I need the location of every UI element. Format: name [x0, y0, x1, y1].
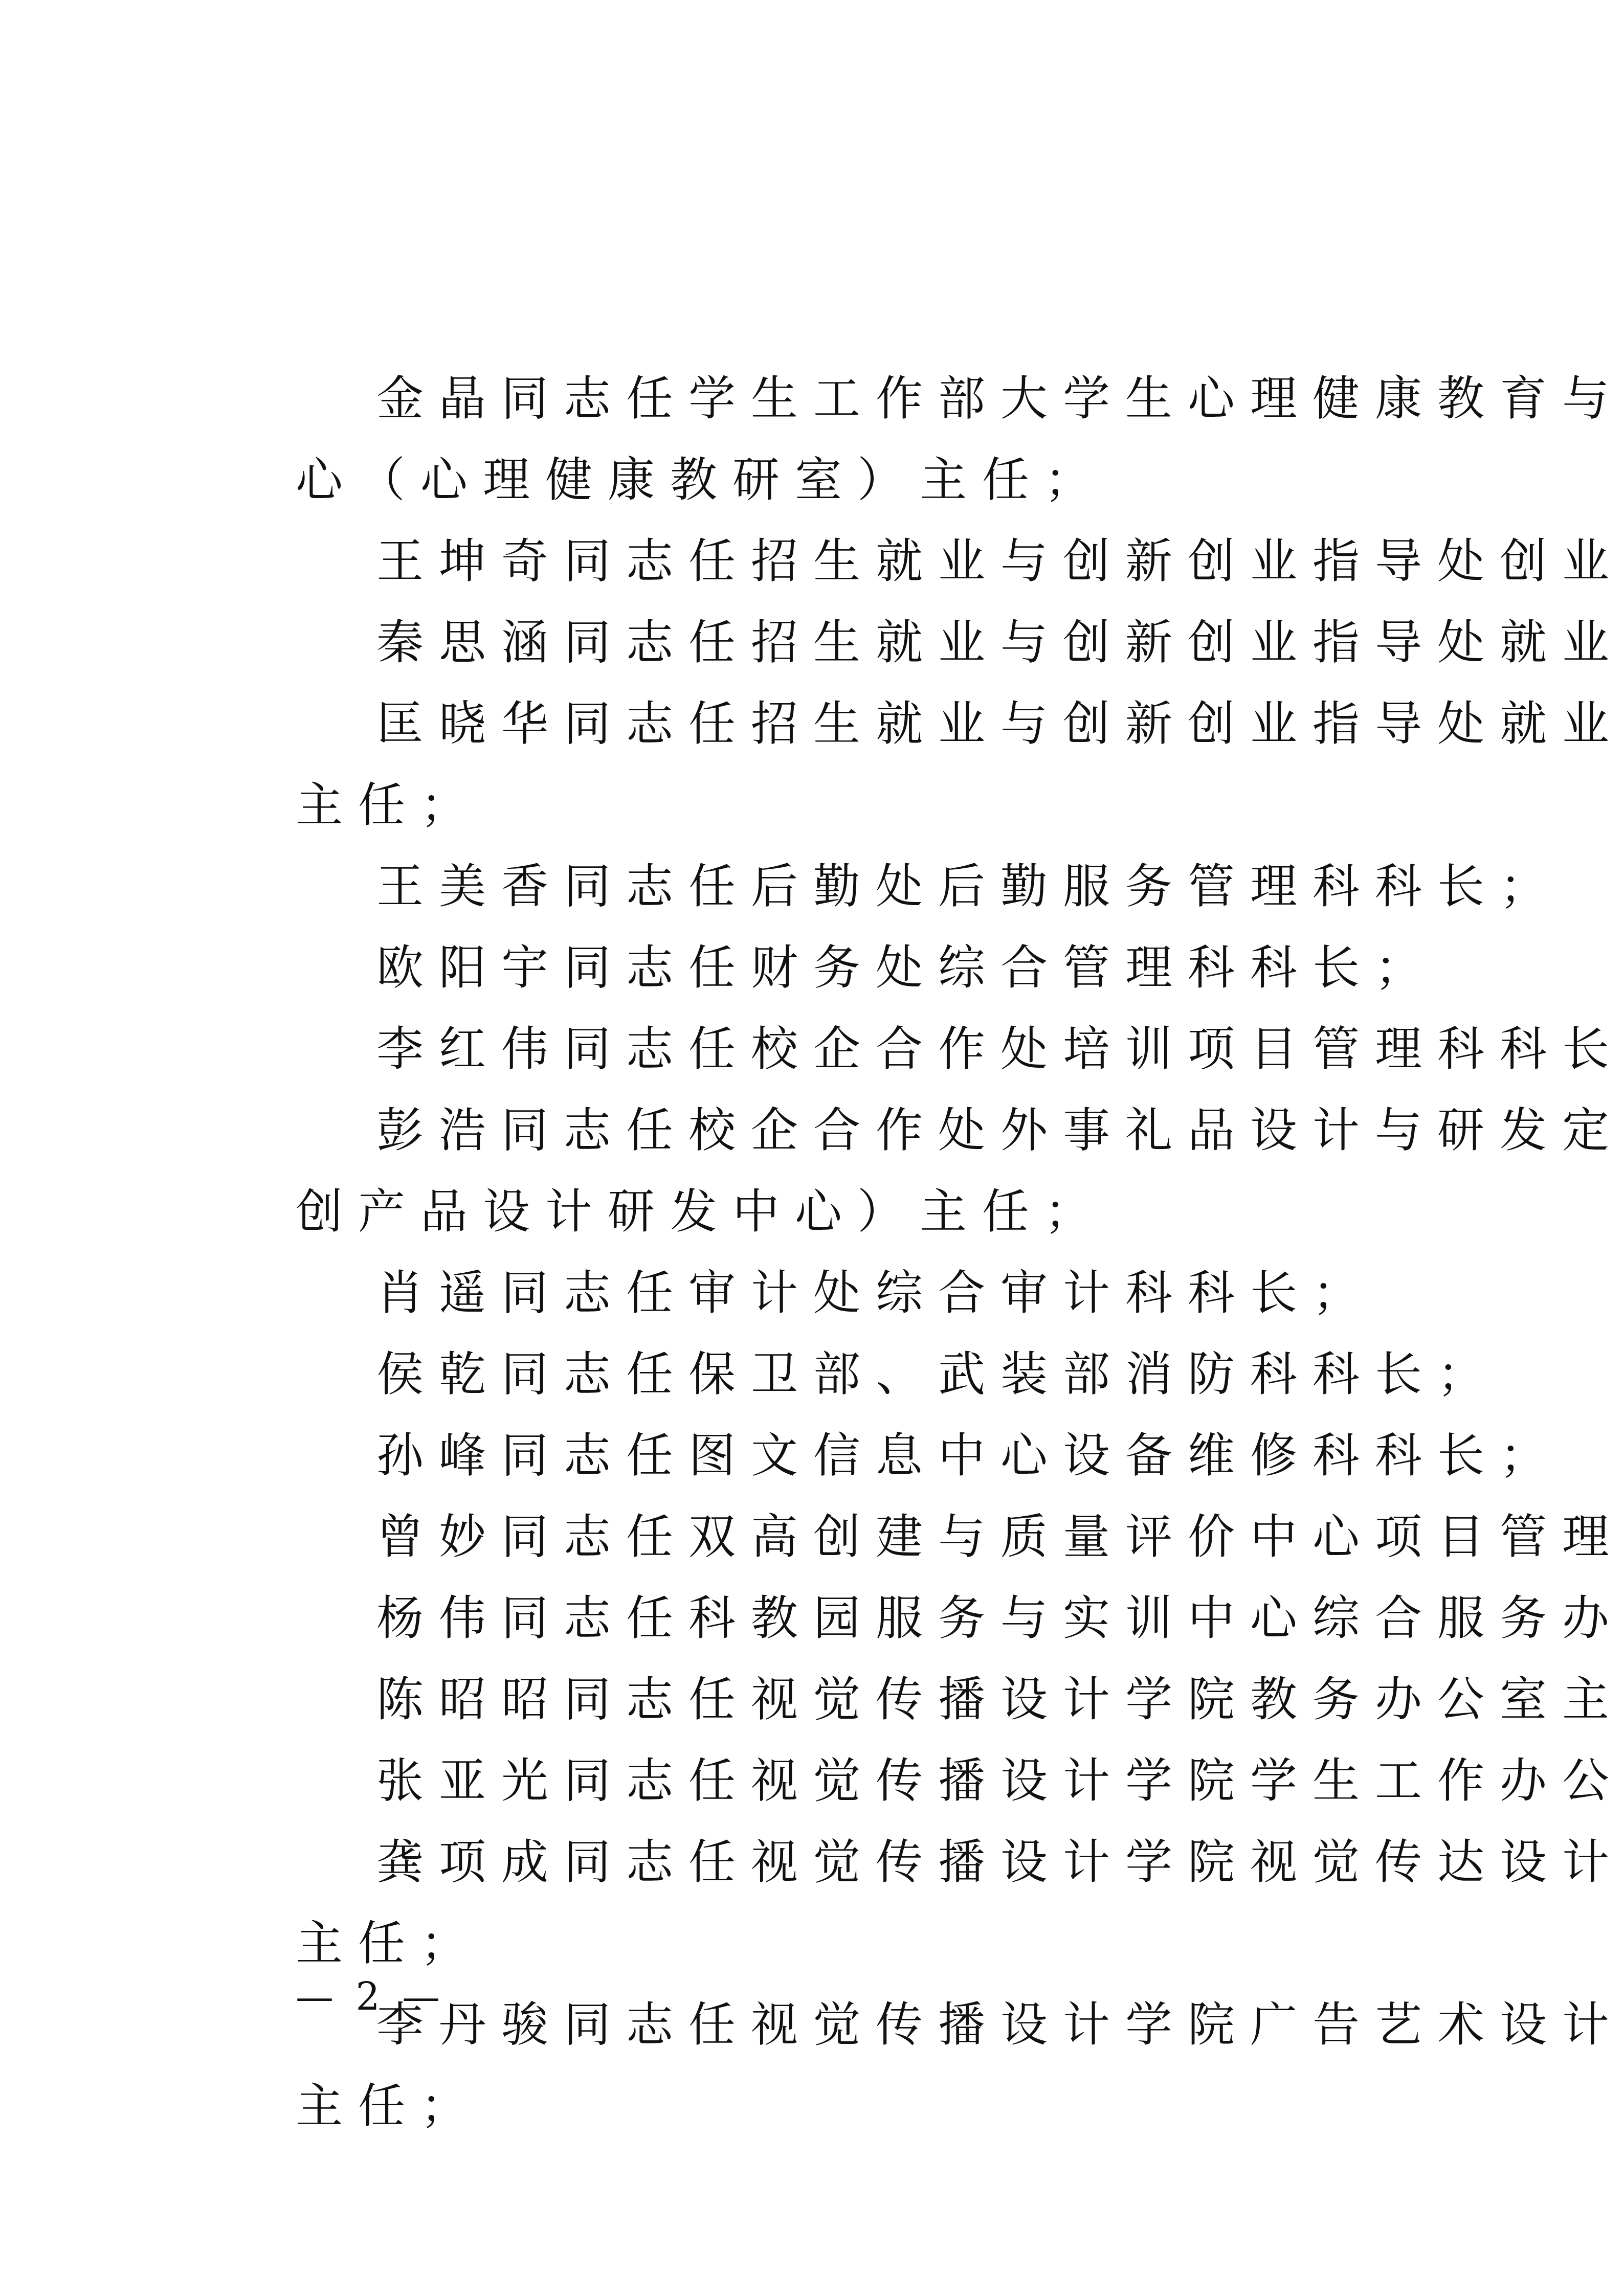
paragraph-line: 秦思涵同志任招生就业与创新创业指导处就业科科长；	[296, 602, 1344, 683]
paragraph-line: 欧阳宇同志任财务处综合管理科科长；	[296, 927, 1344, 1008]
paragraph-line: 匡晓华同志任招生就业与创新创业指导处就业创业教研室	[296, 683, 1344, 764]
paragraph-line: 孙峰同志任图文信息中心设备维修科科长；	[296, 1415, 1344, 1496]
paragraph-line: 陈昭昭同志任视觉传播设计学院教务办公室主任；	[296, 1659, 1344, 1740]
paragraph-line: 李丹骏同志任视觉传播设计学院广告艺术设计工学结合部	[296, 1984, 1344, 2065]
paragraph-line-continuation: 心（心理健康教研室）主任；	[296, 439, 1344, 521]
paragraph-line-continuation: 创产品设计研发中心）主任；	[296, 1171, 1344, 1252]
document-page: 金晶同志任学生工作部大学生心理健康教育与素质发展中 心（心理健康教研室）主任； …	[0, 0, 1624, 2296]
page-number: — 2 —	[296, 1971, 445, 2022]
paragraph-line: 张亚光同志任视觉传播设计学院学生工作办公室主任；	[296, 1740, 1344, 1821]
paragraph-line-continuation: 主任；	[296, 1903, 1344, 1984]
paragraph-line: 金晶同志任学生工作部大学生心理健康教育与素质发展中	[296, 358, 1344, 439]
paragraph-line: 肖遥同志任审计处综合审计科科长；	[296, 1252, 1344, 1334]
paragraph-line: 王美香同志任后勤处后勤服务管理科科长；	[296, 846, 1344, 927]
paragraph-line: 彭浩同志任校企合作处外事礼品设计与研发定制中心（文	[296, 1090, 1344, 1171]
paragraph-line: 杨伟同志任科教园服务与实训中心综合服务办公室主任；	[296, 1578, 1344, 1659]
paragraph-line: 龚项成同志任视觉传播设计学院视觉传达设计工学结合部	[296, 1821, 1344, 1903]
paragraph-line: 王坤奇同志任招生就业与创新创业指导处创业科科长；	[296, 521, 1344, 602]
paragraph-line-continuation: 主任；	[296, 764, 1344, 846]
paragraph-line-continuation: 主任；	[296, 2065, 1344, 2147]
appointment-list: 金晶同志任学生工作部大学生心理健康教育与素质发展中 心（心理健康教研室）主任； …	[296, 358, 1344, 2147]
paragraph-line: 曾妙同志任双高创建与质量评价中心项目管理科科长；	[296, 1496, 1344, 1578]
paragraph-line: 李红伟同志任校企合作处培训项目管理科科长；	[296, 1008, 1344, 1090]
paragraph-line: 侯乾同志任保卫部、武装部消防科科长；	[296, 1334, 1344, 1415]
